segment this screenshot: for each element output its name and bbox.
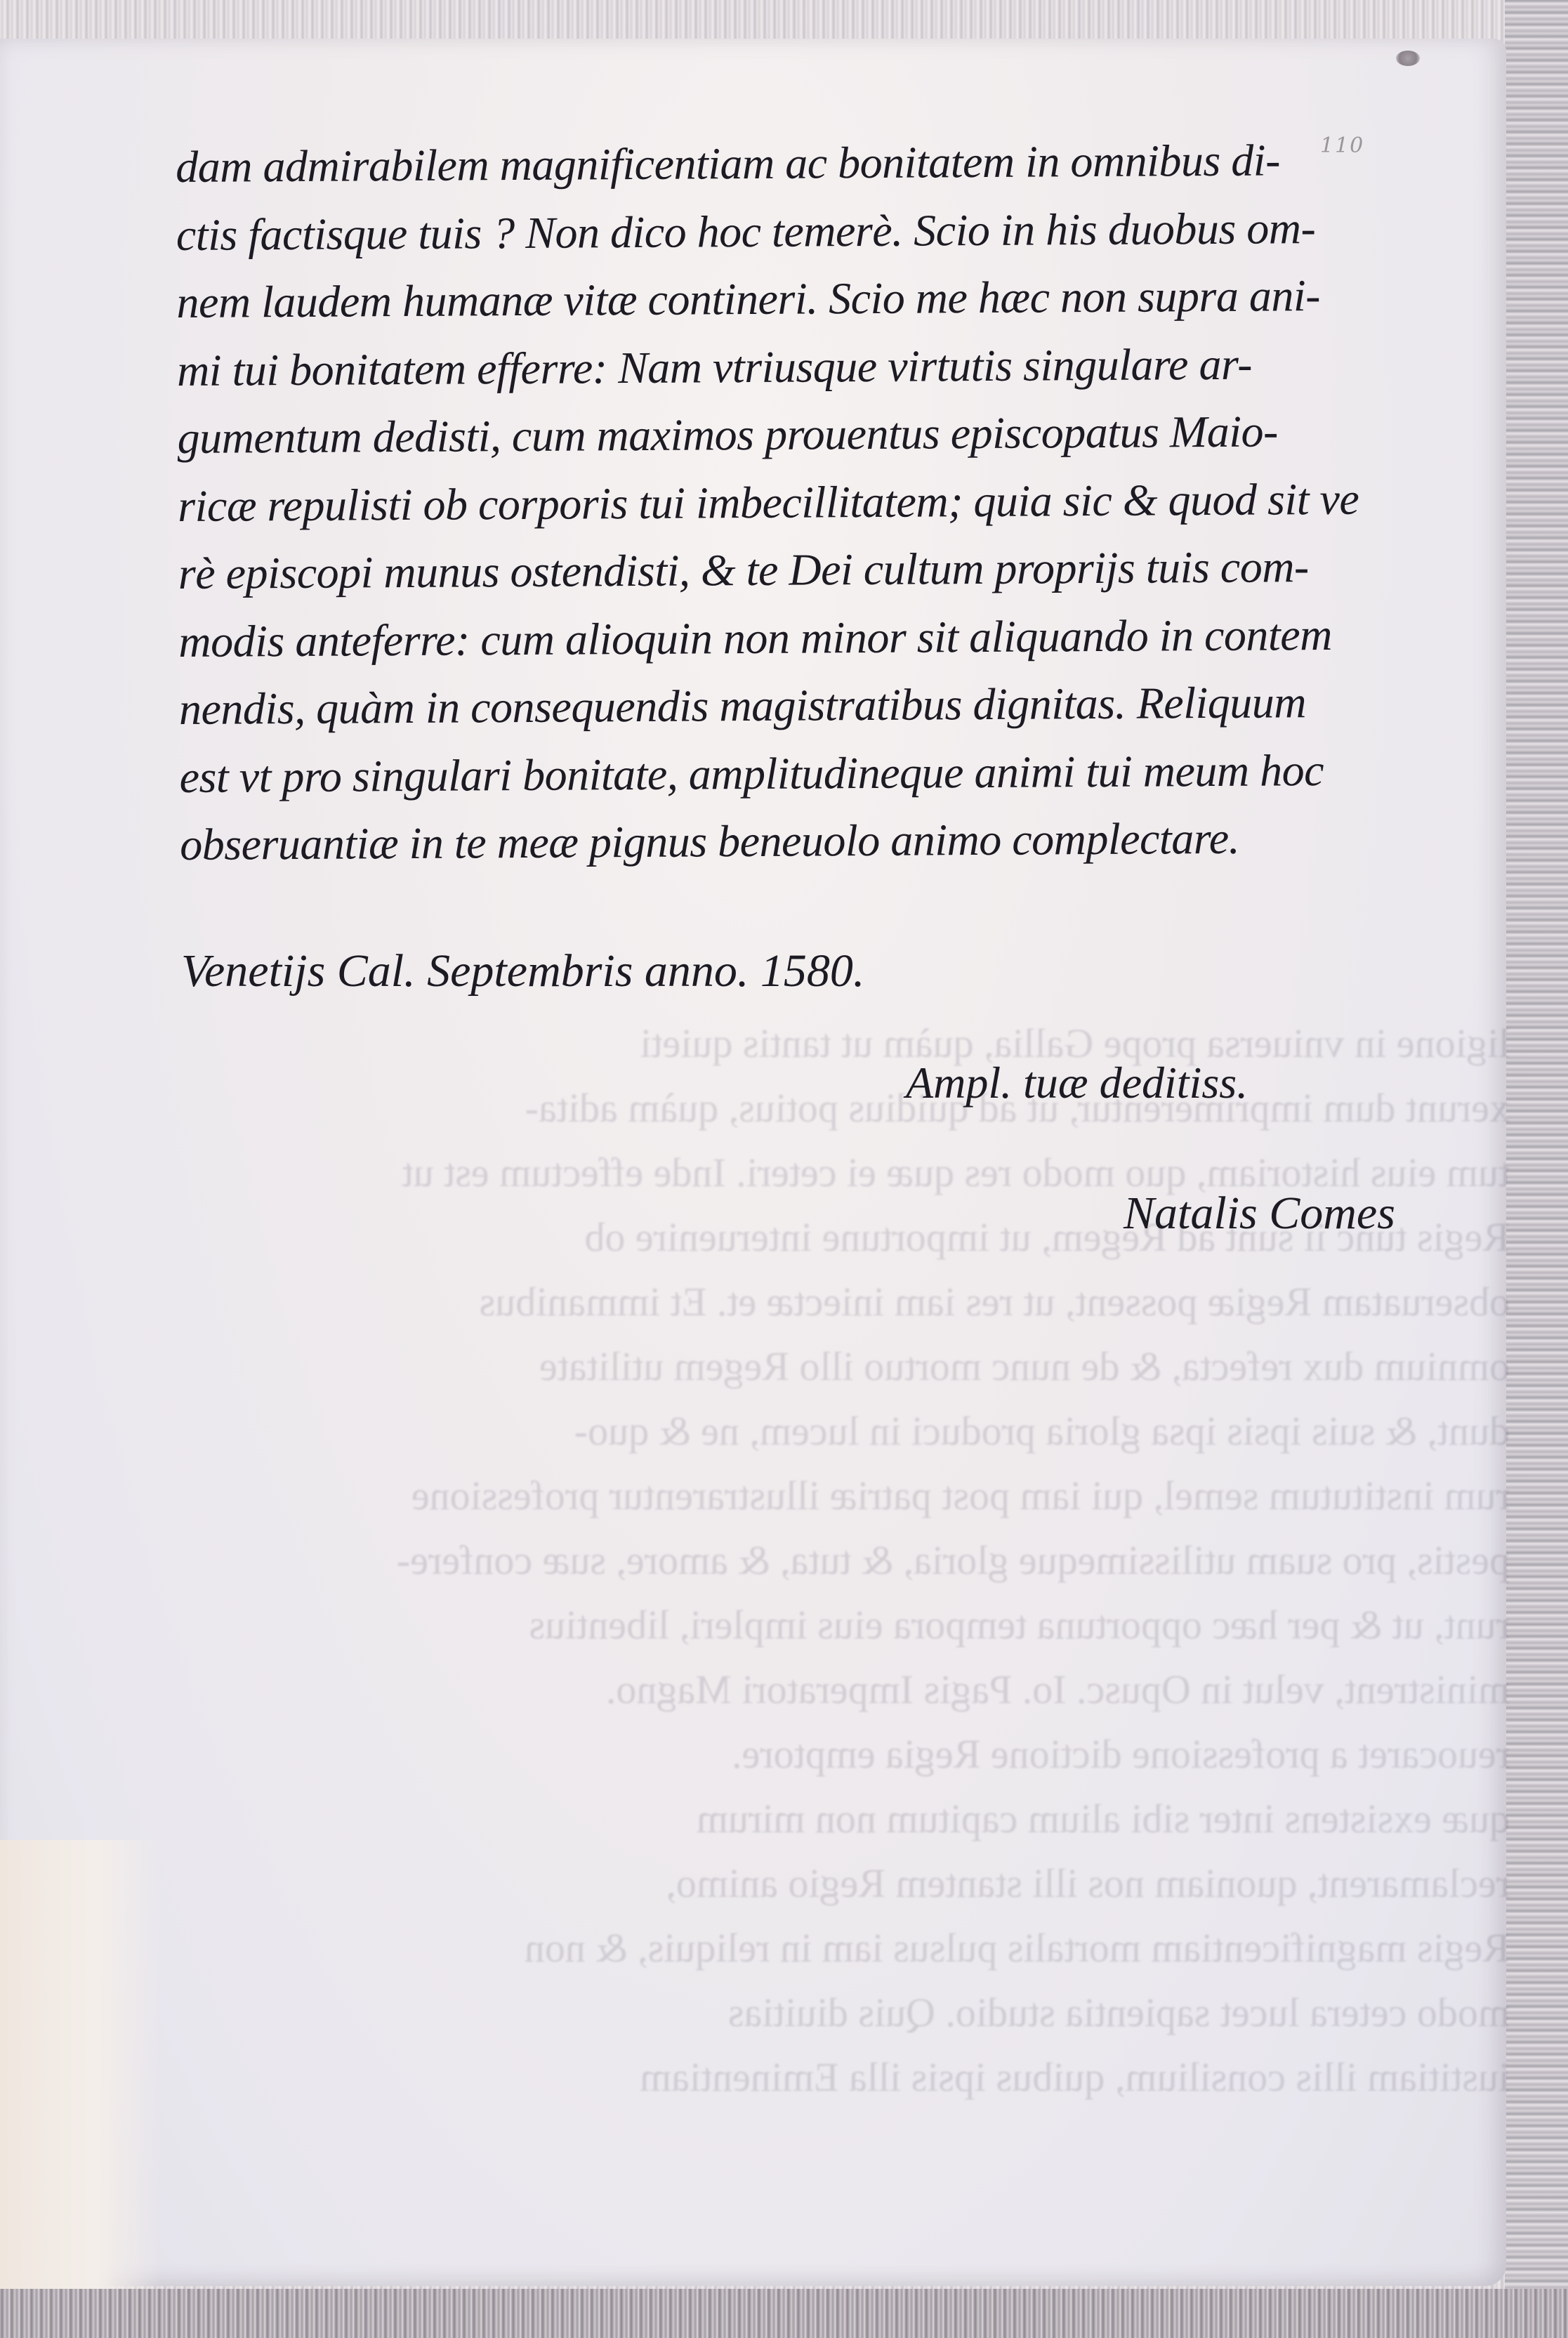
text-line: obseruantiæ in te meæ pignus beneuolo an…: [180, 803, 1536, 879]
showthrough-line: obseruatam Regiæ possent, ut res iam ini…: [176, 1270, 1510, 1334]
page-margin-stain: [0, 1840, 162, 2332]
text-line: nem laudem humanæ vitæ contineri. Scio m…: [176, 261, 1532, 336]
showthrough-line: reclamarent, quoniam nos illi stantem Re…: [176, 1851, 1510, 1916]
showthrough-line: iustitiam illis consilium, quibus ipsis …: [176, 2045, 1510, 2110]
letter-body: dam admirabilem magnificentiam ac bonita…: [176, 125, 1535, 879]
text-line: dam admirabilem magnificentiam ac bonita…: [176, 125, 1531, 201]
reverse-side-showthrough: ligione in vniuersa prope Gallia, quàm u…: [176, 1011, 1510, 2110]
showthrough-line: dunt, & suis ipsis ipsa gloria produci i…: [176, 1399, 1510, 1464]
ink-spot: [1396, 51, 1420, 66]
text-line: nendis, quàm in consequendis magistratib…: [179, 667, 1535, 743]
text-line: mi tui bonitatem efferre: Nam vtriusque …: [177, 329, 1533, 405]
author-signature: Natalis Comes: [1124, 1187, 1395, 1240]
scan-edge-bottom: [0, 2289, 1568, 2338]
showthrough-line: omnium dux refecta, & de nunc mortuo ill…: [176, 1334, 1510, 1399]
text-line: est vt pro singulari bonitate, amplitudi…: [179, 735, 1535, 811]
dateline: Venetijs Cal. Septembris anno. 1580.: [181, 945, 864, 998]
showthrough-line: quæ exsistens inter sibi alium capitum n…: [176, 1787, 1510, 1851]
closing-salutation: Ampl. tuæ deditiss.: [906, 1057, 1248, 1109]
text-line: gumentum dedisti, cum maximos prouentus …: [177, 396, 1533, 472]
showthrough-line: ligione in vniuersa prope Gallia, quàm u…: [176, 1011, 1510, 1076]
showthrough-line: runt, ut & per hæc opportuna tempora eiu…: [176, 1593, 1510, 1657]
showthrough-line: xerunt dum imprimerentur, ut ad quidius …: [176, 1076, 1510, 1141]
showthrough-line: ministrent, velut in Opusc. Io. Pagis Im…: [176, 1657, 1510, 1722]
text-line: ctis factisque tuis ? Non dico hoc temer…: [176, 193, 1532, 269]
showthrough-line: pestis, pro suam utilissimeque gloria, &…: [176, 1528, 1510, 1593]
text-line: modis anteferre: cum alioquin non minor …: [178, 600, 1534, 676]
showthrough-line: rum institutum semel, qui iam post patri…: [176, 1464, 1510, 1528]
text-line: ricæ repulisti ob corporis tui imbecilli…: [178, 464, 1534, 540]
showthrough-line: reuocaret a professione dictione Regia e…: [176, 1722, 1510, 1787]
text-line: rè episcopi munus ostendisti, & te Dei c…: [178, 532, 1534, 608]
showthrough-line: modo cetera lucet sapientia studio. Quis…: [176, 1981, 1510, 2045]
showthrough-line: Regis magnificentiam mortalis pulsus iam…: [176, 1916, 1510, 1981]
